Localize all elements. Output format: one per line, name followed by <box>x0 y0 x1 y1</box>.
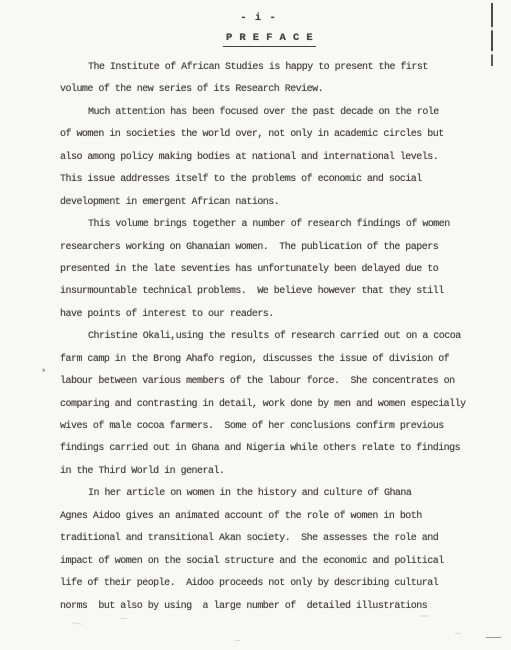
paragraph: Christine Okali,using the results of res… <box>60 326 500 483</box>
text-line: insurmountable technical problems. We be… <box>60 281 500 303</box>
text-line: have points of interest to our readers. <box>60 304 500 326</box>
text-line: development in emergent African nations. <box>60 192 500 214</box>
text-line: farm camp in the Brong Ahafo region, dis… <box>60 349 500 371</box>
text-line: life of their people. Aidoo proceeds not… <box>60 573 500 595</box>
text-line: Christine Okali,using the results of res… <box>60 326 500 348</box>
text-line: traditional and transitional Akan societ… <box>60 528 500 550</box>
text-line: of women in societies the world over, no… <box>60 124 500 146</box>
scan-artifact-vertical-line <box>491 3 493 66</box>
scan-noise <box>120 618 127 619</box>
text-line: in the Third World in general. <box>60 461 500 483</box>
paragraph: In her article on women in the history a… <box>60 483 500 618</box>
preface-text: The Institute of African Studies is happ… <box>60 57 500 618</box>
page-title: P R E F A C E <box>223 32 316 47</box>
text-line: norms but also by using a large number o… <box>60 596 500 618</box>
text-line: wives of male cocoa farmers. Some of her… <box>60 416 500 438</box>
text-line: also among policy making bodies at natio… <box>60 147 500 169</box>
text-line: This issue addresses itself to the probl… <box>60 169 500 191</box>
title-wrap: P R E F A C E <box>14 27 511 47</box>
page-header: - i - P R E F A C E <box>14 12 511 47</box>
text-line: presented in the late seventies has unfo… <box>60 259 500 281</box>
margin-asterisk: * <box>41 368 46 378</box>
text-line: impact of women on the social structure … <box>60 551 500 573</box>
text-line: comparing and contrasting in detail, wor… <box>60 394 500 416</box>
scan-noise <box>420 615 429 617</box>
text-line: volume of the new series of its Research… <box>60 79 500 101</box>
text-line: researchers working on Ghanaian women. T… <box>60 237 500 259</box>
text-line: The Institute of African Studies is happ… <box>60 57 500 79</box>
paragraph: This volume brings together a number of … <box>60 214 500 326</box>
text-line: Agnes Aidoo gives an animated account of… <box>60 506 500 528</box>
text-line: In her article on women in the history a… <box>60 483 500 505</box>
scan-noise <box>235 640 240 641</box>
scan-noise <box>72 622 82 624</box>
document-page: - i - P R E F A C E * The Institute of A… <box>0 0 511 650</box>
text-line: This volume brings together a number of … <box>60 214 500 236</box>
text-line: labour between various members of the la… <box>60 371 500 393</box>
text-line: Much attention has been focused over the… <box>60 102 500 124</box>
page-number: - i - <box>3 12 511 24</box>
paragraph: The Institute of African Studies is happ… <box>60 57 500 102</box>
paragraph: Much attention has been focused over the… <box>60 102 500 214</box>
scan-noise <box>455 633 461 634</box>
scan-artifact-dash <box>486 637 501 638</box>
text-line: findings carried out in Ghana and Nigeri… <box>60 438 500 460</box>
